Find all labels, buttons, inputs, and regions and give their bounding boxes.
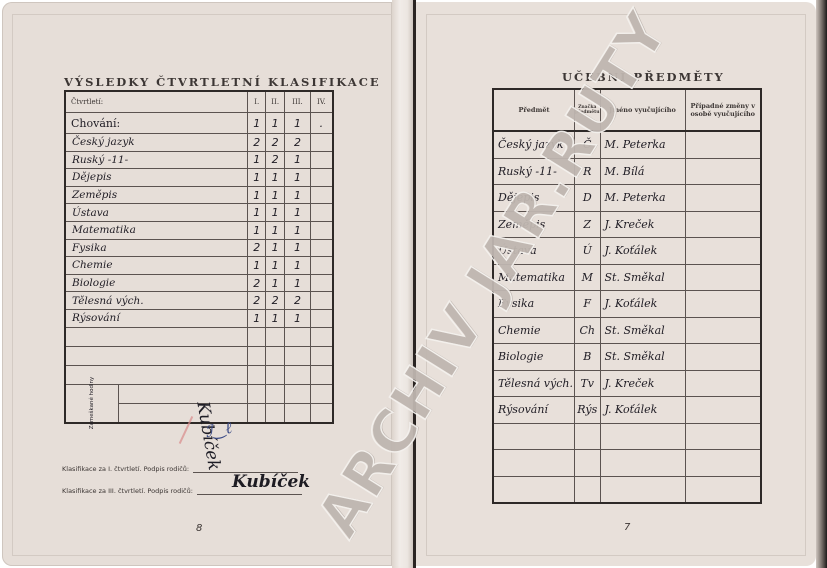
grade-cell: 1 [266,274,285,292]
quarter-header: I. [248,91,266,113]
table-row: Zeměpis111 [65,186,333,204]
table-row: RýsováníRýsJ. Koťálek [493,397,761,424]
subject-cell: Matematika [65,221,248,239]
subject-cell: Ruský -11- [65,151,248,169]
table-row: Biologie211 [65,274,333,292]
teacher-cell: St. Směkal [600,344,685,371]
table-row: Tělesná vých.TvJ. Kreček [493,370,761,397]
table-row-empty [493,423,761,450]
page-number-left: 8 [196,523,202,534]
grade-cell: 1 [248,221,266,239]
table-row: Fysika211 [65,239,333,257]
code-cell: F [575,291,601,318]
code-cell: Tv [575,370,601,397]
grade-cell: 1 [266,239,285,257]
subject-cell: Biologie [493,344,575,371]
table-row: Tělesná vých.222 [65,292,333,310]
grade-cell: 1 [285,309,310,327]
grade-cell: 1 [285,257,310,275]
subject-cell: Český jazyk [65,134,248,152]
grade-cell [310,274,333,292]
grade-cell: 2 [248,274,266,292]
header-changes: Případné změny v osobě vyučujícího [685,89,761,131]
grade-cell [310,134,333,152]
code-cell: M [575,264,601,291]
subject-cell: Chemie [65,257,248,275]
grade-cell [310,257,333,275]
teacher-cell: St. Směkal [600,317,685,344]
grade-cell: 1 [248,113,266,134]
table-row: Dějepis111 [65,169,333,187]
table-row: Rýsování111 [65,309,333,327]
grade-cell: 1 [266,221,285,239]
table-row-empty [493,476,761,503]
grade-cell: 1 [285,274,310,292]
grade-cell: 1 [285,239,310,257]
table-row: BiologieBSt. Směkal [493,344,761,371]
change-cell [685,158,761,185]
left-page-title: VÝSLEDKY ČTVRTLETNÍ KLASIFIKACE [64,75,381,89]
page-edge-shadow [816,0,827,568]
grade-cell [310,239,333,257]
grade-cell [310,204,333,222]
code-cell: Ú [575,238,601,265]
change-cell [685,185,761,212]
behavior-label: Chování: [65,113,248,134]
grade-cell: 2 [266,134,285,152]
subject-cell: Tělesná vých. [493,370,575,397]
teacher-cell: J. Kreček [600,211,685,238]
grade-cell [310,292,333,310]
table-row: Matematika111 [65,221,333,239]
table-row: Český jazyk222 [65,134,333,152]
table-row-empty [65,365,333,384]
subject-cell: Rýsování [493,397,575,424]
grade-cell: 1 [266,257,285,275]
teacher-cell: J. Koťálek [600,291,685,318]
grade-cell [310,309,333,327]
subject-cell: Dějepis [65,169,248,187]
subject-cell: Fysika [65,239,248,257]
subject-cell: Tělesná vých. [65,292,248,310]
subject-cell: Chemie [493,317,575,344]
grade-cell: 1 [248,257,266,275]
table-row: Ruský -11-121 [65,151,333,169]
parent-signature: Kubíček [232,472,310,492]
teacher-cell: J. Kreček [600,370,685,397]
grade-cell: 1 [266,204,285,222]
grade-cell: 1 [285,204,310,222]
change-cell [685,317,761,344]
quarter-header: II. [266,91,285,113]
grade-cell: 1 [266,113,285,134]
grade-cell: 1 [266,186,285,204]
teacher-cell: J. Koťálek [600,238,685,265]
table-row-empty [65,346,333,365]
change-cell [685,370,761,397]
grade-cell: 1 [285,113,310,134]
grade-cell: 1 [248,186,266,204]
quarter-header-label: Čtvrtletí: [65,91,248,113]
grade-cell: 1 [248,309,266,327]
quarter-header-row: Čtvrtletí: I. II. III. IV. [65,91,333,113]
teacher-cell: M. Bílá [600,158,685,185]
grade-cell: 1 [285,151,310,169]
change-cell [685,211,761,238]
table-row-empty [65,327,333,346]
grade-cell: 2 [285,134,310,152]
grade-cell: 2 [248,239,266,257]
grade-cell: 1 [248,169,266,187]
change-cell [685,344,761,371]
grade-cell: 1 [285,221,310,239]
quarter-header: IV. [310,91,333,113]
grade-cell: 2 [285,292,310,310]
table-row-empty [493,450,761,477]
subject-cell: Ústava [65,204,248,222]
quarterly-grades-table: Čtvrtletí: I. II. III. IV. Chování: 1 1 … [64,90,334,424]
grade-cell: 2 [248,292,266,310]
grade-cell [310,151,333,169]
grade-cell: 1 [285,169,310,187]
grade-cell [310,221,333,239]
remarks-label: Zameškané hodiny [65,384,119,423]
grade-cell: 1 [248,204,266,222]
grade-cell: 1 [248,151,266,169]
change-cell [685,264,761,291]
grade-cell [310,186,333,204]
behavior-row: Chování: 1 1 1 . [65,113,333,134]
page-number-right: 7 [624,522,630,533]
teacher-cell: St. Směkal [600,264,685,291]
table-row: Ústava111 [65,204,333,222]
subject-cell: Zeměpis [65,186,248,204]
grade-cell: 2 [266,292,285,310]
code-cell: Ch [575,317,601,344]
table-row: FysikaFJ. Koťálek [493,291,761,318]
grade-cell: 1 [266,309,285,327]
table-row: Chemie111 [65,257,333,275]
change-cell [685,131,761,158]
code-cell: Z [575,211,601,238]
grade-cell: 2 [266,151,285,169]
code-cell: Rýs [575,397,601,424]
grade-cell: 1 [266,169,285,187]
teacher-cell: J. Koťálek [600,397,685,424]
subject-cell: Rýsování [65,309,248,327]
change-cell [685,291,761,318]
grade-cell [310,169,333,187]
grade-cell: 1 [285,186,310,204]
remarks-row: Zameškané hodiny [65,384,333,403]
grade-cell: . [310,113,333,134]
teacher-cell: M. Peterka [600,185,685,212]
quarter-header: III. [285,91,310,113]
change-cell [685,238,761,265]
change-cell [685,397,761,424]
table-row: ChemieChSt. Směkal [493,317,761,344]
subject-cell: Biologie [65,274,248,292]
grade-cell: 2 [248,134,266,152]
code-cell: B [575,344,601,371]
